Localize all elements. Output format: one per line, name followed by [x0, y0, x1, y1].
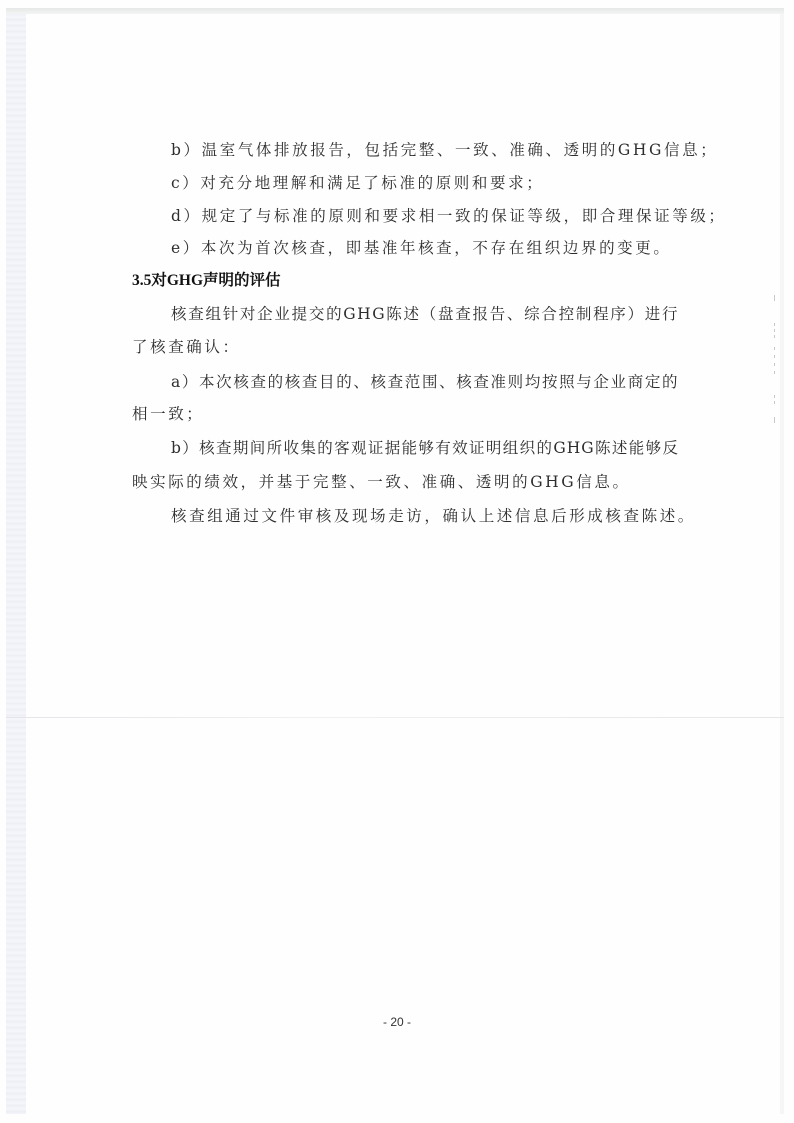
list-item-c: c）对充分地理解和满足了标准的原则和要求； — [171, 173, 544, 193]
list-item-label: c） — [171, 174, 200, 192]
item-b-line-1: b）核查期间所收集的客观证据能够有效证明组织的GHG陈述能够反 — [171, 438, 679, 458]
list-item-text: 规定了与标准的原则和要求相一致的保证等级，即合理保证等级； — [202, 207, 727, 225]
intro-paragraph-line-2: 了核查确认： — [132, 337, 241, 357]
list-item-d: d）规定了与标准的原则和要求相一致的保证等级，即合理保证等级； — [171, 206, 727, 226]
binding-marks — [774, 295, 776, 425]
page-number: - 20 - — [0, 1015, 794, 1029]
list-item-e: e）本次为首次核查，即基准年核查，不存在组织边界的变更。 — [171, 238, 671, 258]
item-b-line-2: 映实际的绩效，并基于完整、一致、准确、透明的GHG信息。 — [132, 472, 631, 492]
conclusion-paragraph: 核查组通过文件审核及现场走访，确认上述信息后形成核查陈述。 — [171, 506, 696, 526]
list-item-text: 本次为首次核查，即基准年核查，不存在组织边界的变更。 — [201, 239, 672, 257]
list-item-b: b）温室气体排放报告，包括完整、一致、准确、透明的GHG信息； — [171, 140, 718, 160]
scan-edge-right — [780, 14, 784, 1114]
list-item-label: b） — [171, 141, 202, 159]
list-item-text: 温室气体排放报告，包括完整、一致、准确、透明的GHG信息； — [202, 141, 719, 159]
intro-paragraph-line-1: 核查组针对企业提交的GHG陈述（盘查报告、综合控制程序）进行 — [171, 304, 679, 324]
scan-edge-left — [6, 14, 26, 1114]
document-page: b）温室气体排放报告，包括完整、一致、准确、透明的GHG信息； c）对充分地理解… — [0, 0, 794, 1123]
scan-fold-line — [6, 717, 784, 718]
scan-edge-top — [6, 8, 784, 14]
list-item-label: e） — [171, 239, 201, 257]
item-a-line-2: 相一致； — [132, 404, 204, 424]
list-item-text: 对充分地理解和满足了标准的原则和要求； — [200, 174, 544, 192]
section-heading: 3.5对GHG声明的评估 — [132, 271, 281, 291]
item-a-line-1: a）本次核查的核查目的、核查范围、核查准则均按照与企业商定的 — [171, 372, 679, 392]
list-item-label: d） — [171, 207, 202, 225]
